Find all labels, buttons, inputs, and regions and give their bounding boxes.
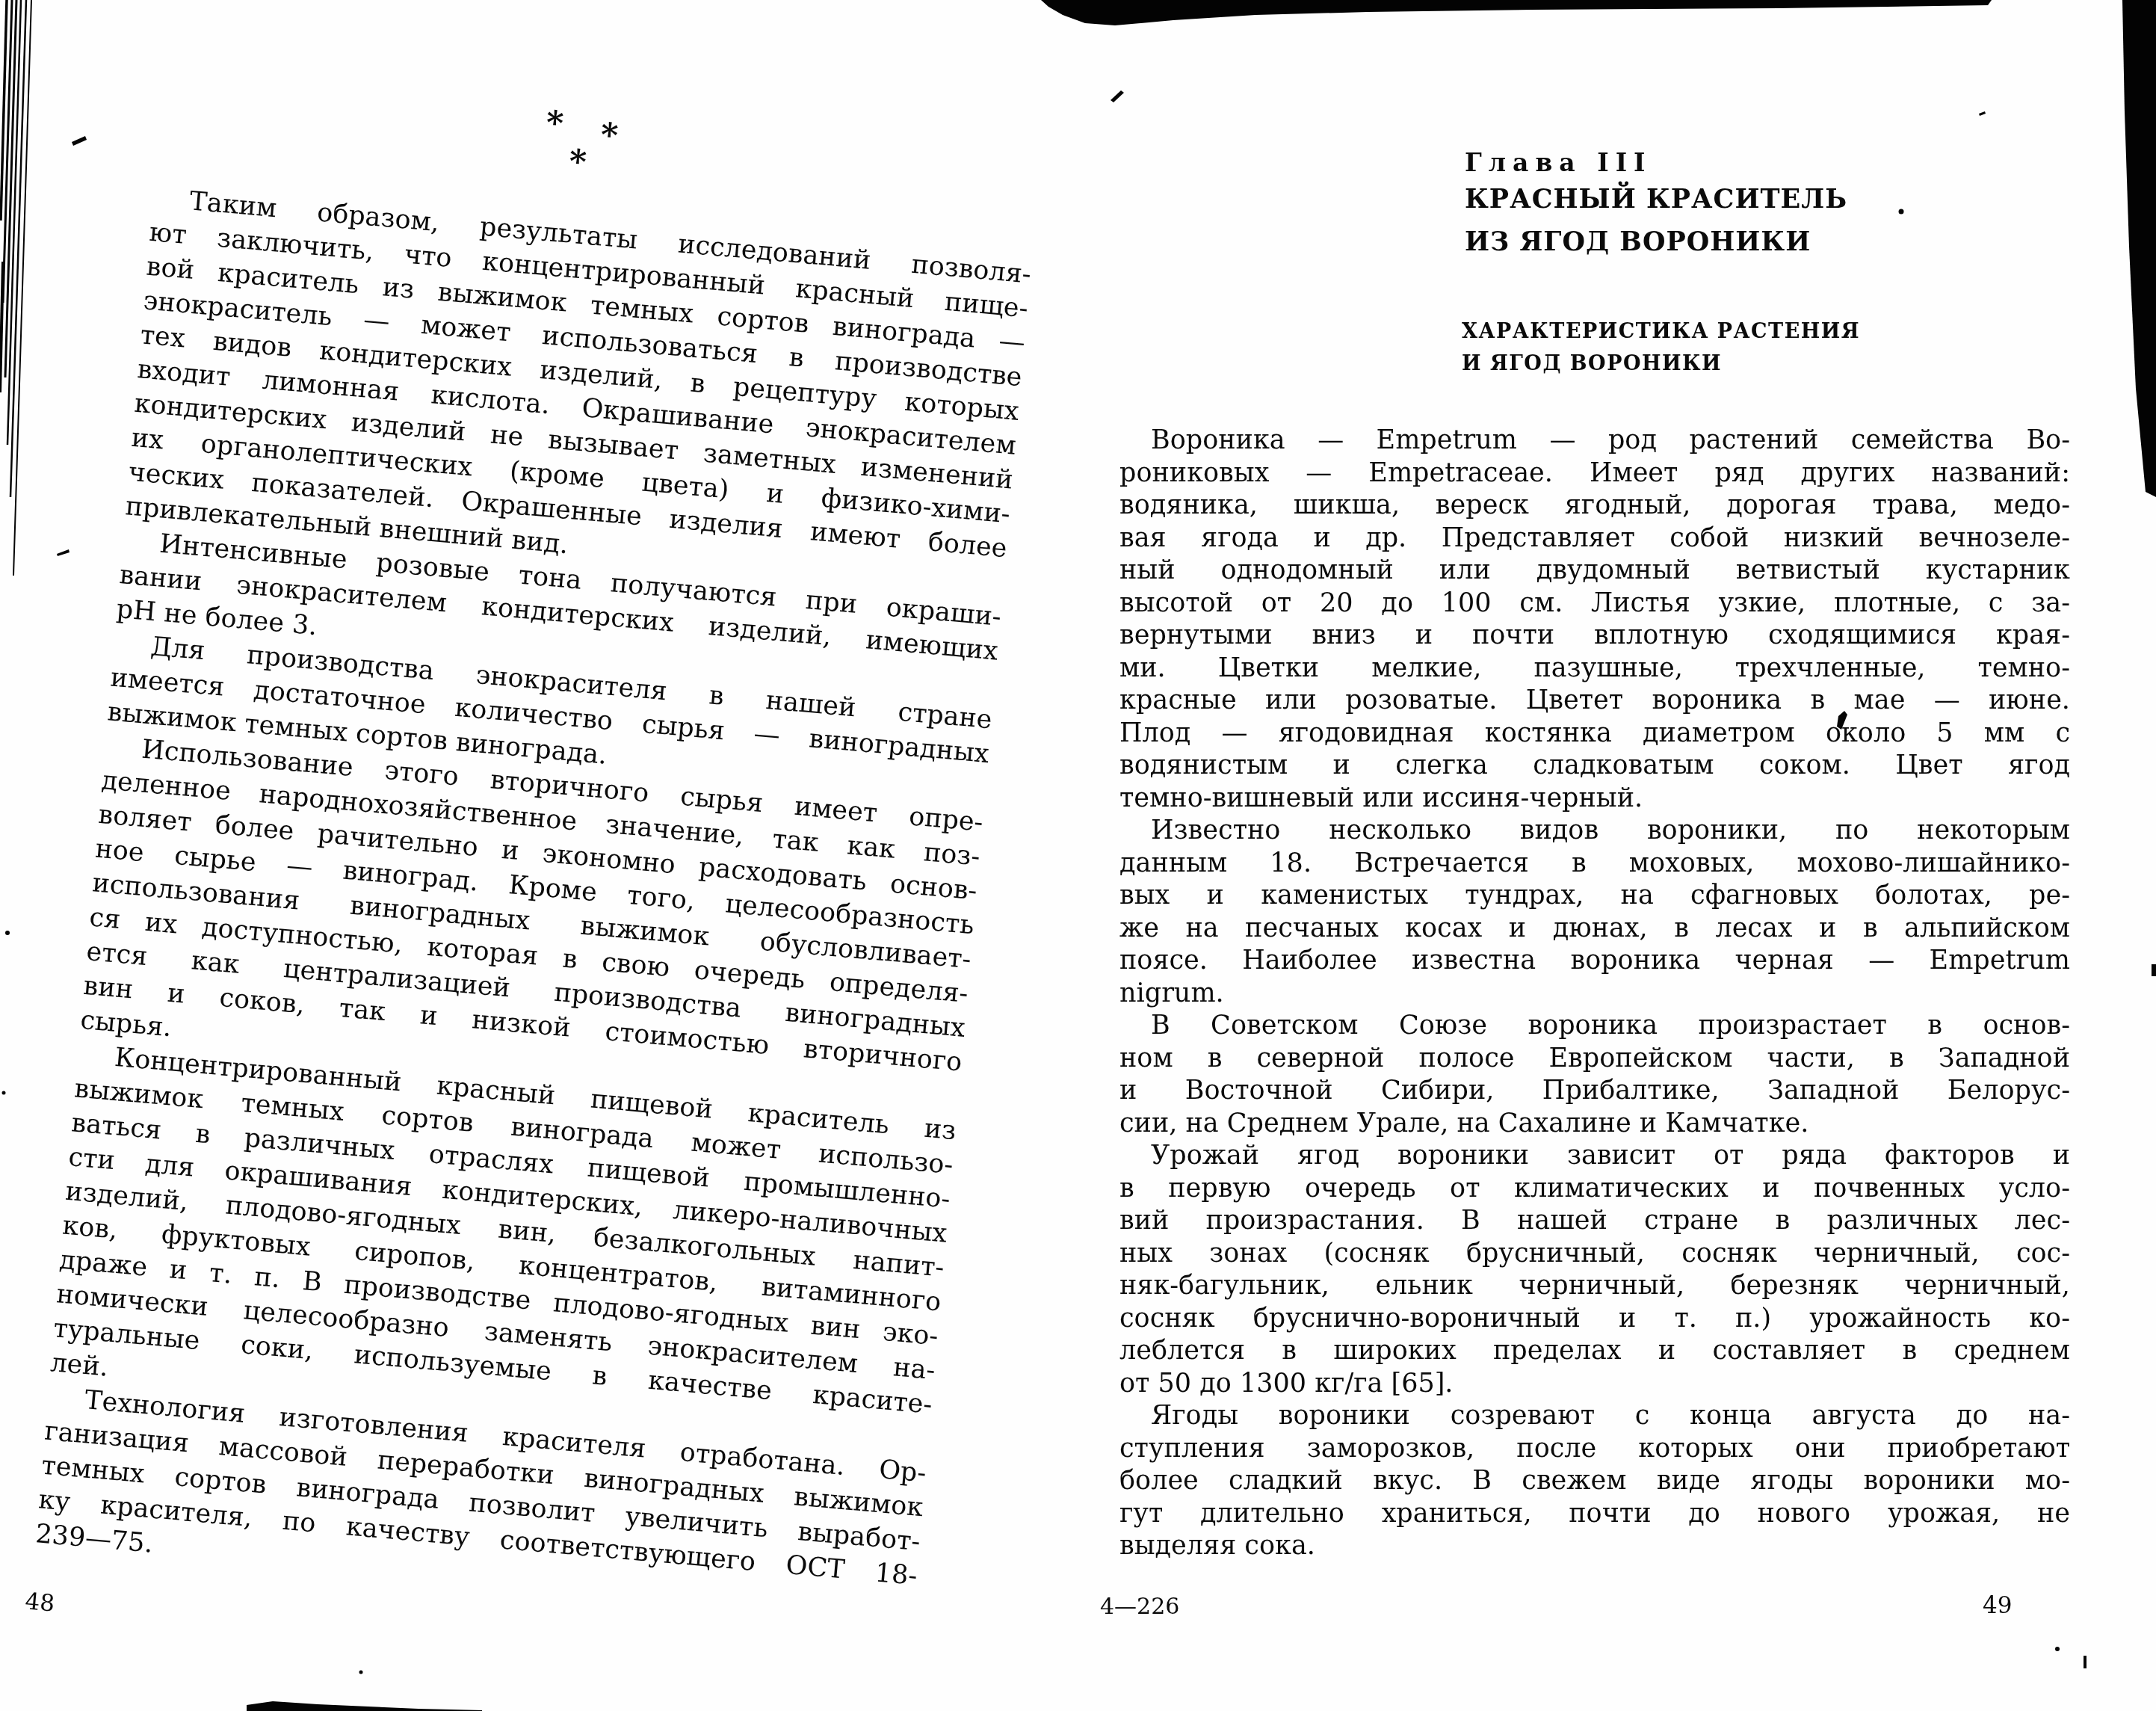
paragraph: Урожай ягод вороники зависит от ряда фак…: [1119, 1140, 2070, 1400]
page-number-left: 48: [24, 1588, 55, 1617]
text-line: более сладкий вкус. В свежем виде ягоды …: [1119, 1465, 2070, 1498]
section-divider-asterisks: * * *: [541, 107, 667, 192]
text-line: nigrum.: [1119, 978, 2070, 1011]
print-signature: 4—226: [1100, 1594, 1179, 1620]
asterisk: *: [567, 145, 587, 179]
right-page: Глава III КРАСНЫЙ КРАСИТЕЛЬ ИЗ ЯГОД ВОРО…: [1119, 0, 2070, 1711]
text-line: поясе. Наиболее известна вороника черная…: [1119, 945, 2070, 978]
text-line: ный однодомный или двудомный ветвистый к…: [1119, 555, 2070, 588]
text-line: ных зонах (сосняк брусничный, сосняк чер…: [1119, 1238, 2070, 1271]
bottom-streak: [247, 1701, 482, 1711]
text-line: ми. Цветки мелкие, пазушные, трехчленные…: [1119, 653, 2070, 685]
text-line: ступления заморозков, после которых они …: [1119, 1433, 2070, 1466]
text-line: леблется в широких пределах и составляет…: [1119, 1335, 2070, 1368]
text-line: водяника, шикша, вереск ягодный, дорогая…: [1119, 490, 2070, 522]
chapter-label: Глава III: [1465, 148, 1652, 177]
text-line: в первую очередь от климатических и почв…: [1119, 1173, 2070, 1206]
text-line: Плод — ягодовидная костянка диаметром ок…: [1119, 718, 2070, 750]
paragraph: Ягоды вороники созревают с конца августа…: [1119, 1400, 2070, 1563]
spine-lines: [0, 0, 31, 576]
left-page-text: Таким образом, результаты исследований п…: [34, 181, 1033, 1628]
left-page: * * * Таким образом, результаты исследов…: [34, 181, 1033, 1628]
section-title-line-2: И ЯГОД ВОРОНИКИ: [1462, 352, 1722, 375]
text-line: Известно несколько видов вороники, по не…: [1119, 815, 2070, 848]
text-line: няк-багульник, ельник черничный, березня…: [1119, 1270, 2070, 1303]
chapter-title-line-2: ИЗ ЯГОД ВОРОНИКИ: [1465, 226, 1811, 257]
asterisk: *: [545, 107, 565, 141]
text-line: вий произрастания. В нашей стране в разл…: [1119, 1205, 2070, 1238]
paragraph: В Советском Союзе вороника произрастает …: [1119, 1010, 2070, 1140]
paragraph: Вороника — Empetrum — род растений семей…: [1119, 425, 2070, 815]
text-line: В Советском Союзе вороника произрастает …: [1119, 1010, 2070, 1043]
text-line: ном в северной полосе Европейском части,…: [1119, 1043, 2070, 1076]
paragraph: Известно несколько видов вороники, по не…: [1119, 815, 2070, 1010]
text-line: водянистым и слегка сладковатым соком. Ц…: [1119, 750, 2070, 783]
text-line: вых и каменистых тундрах, на сфагновых б…: [1119, 880, 2070, 913]
section-title-line-1: ХАРАКТЕРИСТИКА РАСТЕНИЯ: [1462, 320, 1860, 343]
text-line: Урожай ягод вороники зависит от ряда фак…: [1119, 1140, 2070, 1173]
right-page-text: Вороника — Empetrum — род растений семей…: [1119, 425, 2070, 1563]
text-line: от 50 до 1300 кг/га [65].: [1119, 1368, 2070, 1401]
page-number-right: 49: [1983, 1592, 2012, 1619]
text-line: вая ягода и др. Представляет собой низки…: [1119, 522, 2070, 555]
chapter-title-line-1: КРАСНЫЙ КРАСИТЕЛЬ: [1465, 184, 1847, 215]
text-line: красные или розоватые. Цветет вороника в…: [1119, 685, 2070, 718]
text-line: и Восточной Сибири, Прибалтике, Западной…: [1119, 1075, 2070, 1108]
text-line: Ягоды вороники созревают с конца августа…: [1119, 1400, 2070, 1433]
text-line: данным 18. Встречается в моховых, мохово…: [1119, 848, 2070, 881]
text-line: гут длительно храниться, почти до нового…: [1119, 1498, 2070, 1531]
asterisk: *: [599, 119, 620, 153]
text-line: сосняк бруснично-вороничный и т. п.) уро…: [1119, 1303, 2070, 1336]
torn-right-edge: [2122, 0, 2156, 497]
text-line: сии, на Среднем Урале, на Сахалине и Кам…: [1119, 1108, 2070, 1141]
text-line: темно-вишневый или иссиня-черный.: [1119, 783, 2070, 816]
text-line: вернутыми вниз и почти вплотную сходящим…: [1119, 620, 2070, 653]
text-line: Вороника — Empetrum — род растений семей…: [1119, 425, 2070, 457]
text-line: высотой от 20 до 100 см. Листья узкие, п…: [1119, 588, 2070, 620]
text-line: выделяя сока.: [1119, 1530, 2070, 1563]
text-line: рониковых — Empetraceae. Имеет ряд други…: [1119, 457, 2070, 490]
text-line: же на песчаных косах и дюнах, в лесах и …: [1119, 913, 2070, 946]
